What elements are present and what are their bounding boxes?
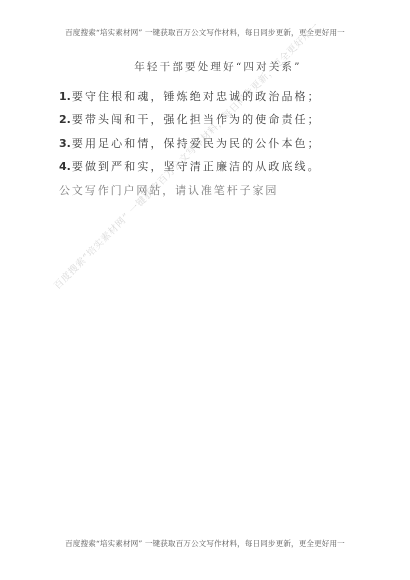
watermark-layer: 百度搜索“培实素材网” 一键获取百万公文写作材料，每日同步更新，更全更好用一 xyxy=(0,0,410,580)
list-item: 4.要做到严和实，坚守清正廉洁的从政底线。 xyxy=(59,158,321,181)
list-item: 1.要守住根和魂，锤炼绝对忠诚的政治品格； xyxy=(59,88,321,111)
item-number: 4. xyxy=(59,160,71,173)
item-text: 要做到严和实，坚守清正廉洁的从政底线。 xyxy=(72,160,321,173)
item-text: 要带头闯和干，强化担当作为的使命责任； xyxy=(72,113,321,126)
item-number: 1. xyxy=(59,90,71,103)
item-text: 要用足心和情，保持爱民为民的公仆本色； xyxy=(72,137,321,150)
item-text: 要守住根和魂，锤炼绝对忠诚的政治品格； xyxy=(72,90,321,103)
relationship-list: 1.要守住根和魂，锤炼绝对忠诚的政治品格； 2.要带头闯和干，强化担当作为的使命… xyxy=(59,88,321,205)
list-item: 2.要带头闯和干，强化担当作为的使命责任； xyxy=(59,111,321,134)
page-footer-banner: 百度搜索“培实素材网” 一键获取百万公文写作材料，每日同步更新，更全更好用一 xyxy=(0,538,410,549)
item-number: 3. xyxy=(59,137,71,150)
site-note: 公文写作门户网站，请认准笔杆子家园 xyxy=(59,182,321,205)
list-item: 3.要用足心和情，保持爱民为民的公仆本色； xyxy=(59,135,321,158)
document-title: 年轻干部要处理好“四对关系” xyxy=(0,59,410,74)
document-page: 百度搜索“培实素材网” 一键获取百万公文写作材料，每日同步更新，更全更好用一 百… xyxy=(0,0,410,580)
item-number: 2. xyxy=(59,113,71,126)
